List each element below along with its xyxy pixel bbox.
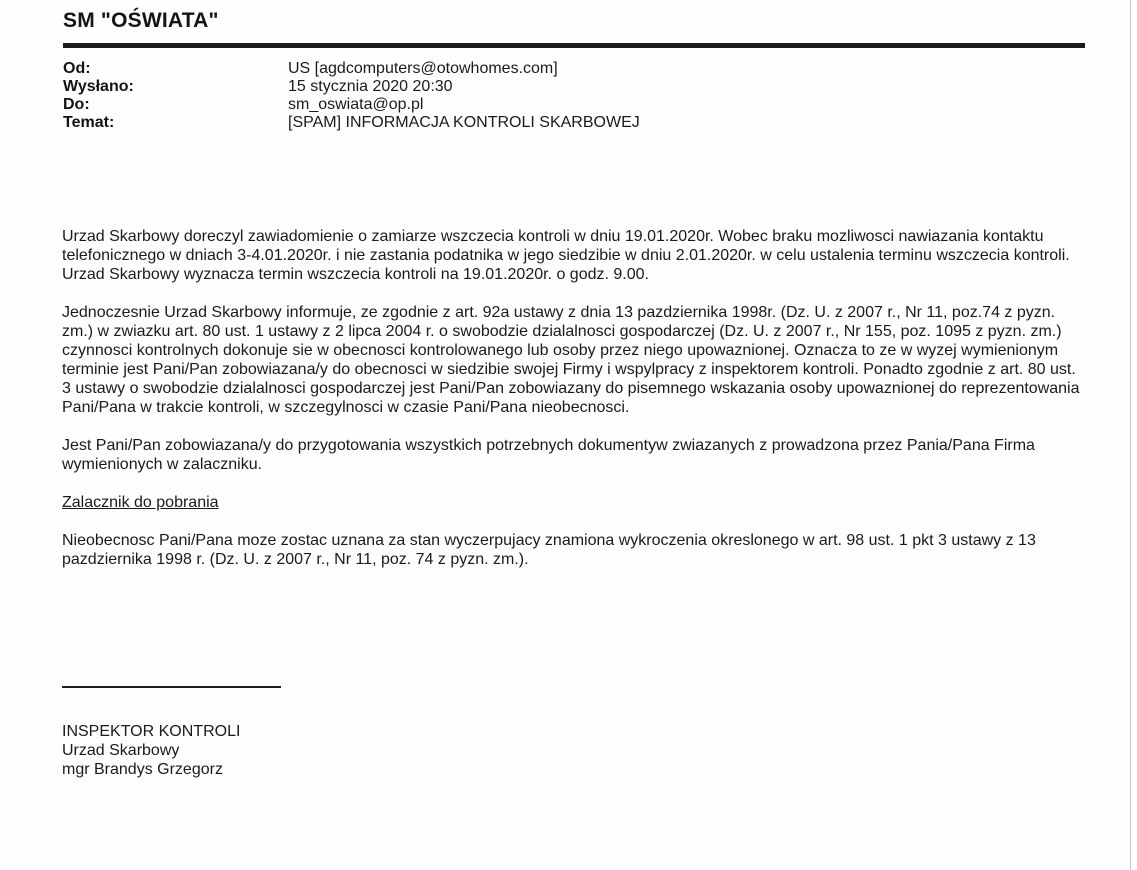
closing-paragraph: Nieobecnosc Pani/Pana moze zostac uznana…: [62, 531, 1082, 569]
body-paragraph: Urzad Skarbowy doreczyl zawiadomienie o …: [62, 227, 1082, 284]
header-label-from: Od:: [63, 60, 288, 78]
header-subject: Temat: [SPAM] INFORMACJA KONTROLI SKARBO…: [63, 114, 640, 132]
signature-name: mgr Brandys Grzegorz: [62, 760, 240, 779]
signature-line: [62, 686, 281, 688]
header-label-sent: Wysłano:: [63, 78, 288, 96]
body-paragraph: Jednoczesnie Urzad Skarbowy informuje, z…: [62, 303, 1082, 417]
signature-block: INSPEKTOR KONTROLI Urzad Skarbowy mgr Br…: [62, 722, 240, 779]
signature-office: Urzad Skarbowy: [62, 741, 240, 760]
header-from: Od: US [agdcomputers@otowhomes.com]: [63, 60, 640, 78]
title-divider: [63, 43, 1085, 48]
header-value-sent: 15 stycznia 2020 20:30: [288, 78, 453, 96]
signature-title: INSPEKTOR KONTROLI: [62, 722, 240, 741]
header-to: Do: sm_oswiata@op.pl: [63, 96, 640, 114]
document-title: SM "OŚWIATA": [63, 9, 219, 33]
header-label-subject: Temat:: [63, 114, 288, 132]
printed-email-page: SM "OŚWIATA" Od: US [agdcomputers@otowho…: [0, 0, 1131, 870]
header-value-from: US [agdcomputers@otowhomes.com]: [288, 60, 558, 78]
attachment-download-link[interactable]: Zalacznik do pobrania: [62, 493, 219, 512]
email-body: Urzad Skarbowy doreczyl zawiadomienie o …: [62, 227, 1082, 588]
header-value-to: sm_oswiata@op.pl: [288, 96, 423, 114]
header-sent: Wysłano: 15 stycznia 2020 20:30: [63, 78, 640, 96]
body-paragraph: Jest Pani/Pan zobowiazana/y do przygotow…: [62, 436, 1082, 474]
header-value-subject: [SPAM] INFORMACJA KONTROLI SKARBOWEJ: [288, 114, 640, 132]
email-headers: Od: US [agdcomputers@otowhomes.com] Wysł…: [63, 60, 640, 132]
header-label-to: Do:: [63, 96, 288, 114]
